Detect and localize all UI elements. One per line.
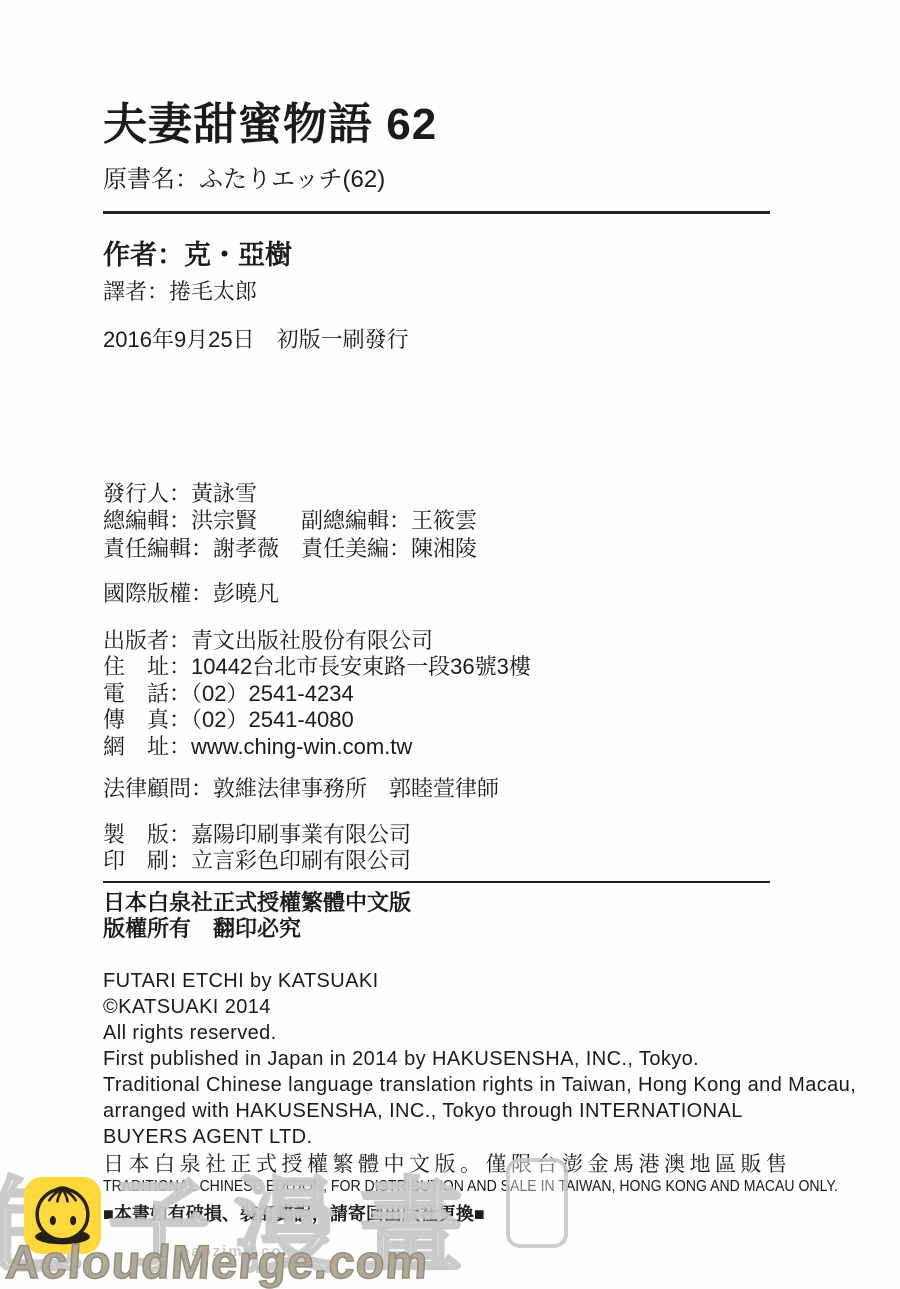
english-copyright-line: ©KATSUAKI 2014 bbox=[103, 994, 880, 1020]
international-rights-line: 國際版權：彭曉凡 bbox=[103, 580, 880, 608]
watermark-outline-box bbox=[506, 1158, 568, 1248]
book-title: 夫妻甜蜜物語 62 bbox=[103, 100, 880, 151]
english-rights-line: All rights reserved. bbox=[103, 1020, 880, 1046]
watermark-site-text: AcloudMerge.com bbox=[4, 1234, 430, 1289]
publisher-website-line: 網 址：www.ching-win.com.tw bbox=[103, 734, 880, 761]
publisher-phone-line: 電 話：（02）2541-4234 bbox=[103, 681, 880, 708]
authorized-edition-line: 日本白泉社正式授權繁體中文版 bbox=[103, 890, 880, 916]
english-title-line: FUTARI ETCHI by KATSUAKI bbox=[103, 968, 880, 994]
english-copyright-block: FUTARI ETCHI by KATSUAKI ©KATSUAKI 2014 … bbox=[103, 968, 880, 1150]
license-block: 日本白泉社正式授權繁體中文版 版權所有 翻印必究 bbox=[103, 890, 880, 942]
colophon-content: 夫妻甜蜜物語 62 原書名：ふたりエッチ(62) 作者：克・亞樹 譯者：捲毛太郎… bbox=[0, 0, 900, 1225]
english-translation-rights-line: Traditional Chinese language translation… bbox=[103, 1072, 880, 1098]
divider-middle bbox=[103, 881, 770, 883]
publisher-block: 出版者：青文出版社股份有限公司 住 址：10442台北市長安東路一段36號3樓 … bbox=[103, 628, 880, 761]
publisher-name-line: 出版者：青文出版社股份有限公司 bbox=[103, 628, 880, 655]
printing-line: 印 刷：立言彩色印刷有限公司 bbox=[103, 848, 880, 874]
editors-line: 責任編輯：謝孝薇 責任美編：陳湘陵 bbox=[103, 535, 880, 563]
divider-top bbox=[103, 211, 770, 214]
legal-advisor-line: 法律顧問：敦維法律事務所 郭睦萱律師 bbox=[103, 776, 880, 802]
plate-making-line: 製 版：嘉陽印刷事業有限公司 bbox=[103, 822, 880, 848]
publisher-address-line: 住 址：10442台北市長安東路一段36號3樓 bbox=[103, 654, 880, 681]
english-arranged-line: arranged with HAKUSENSHA, INC., Tokyo th… bbox=[103, 1098, 880, 1124]
original-title: 原書名：ふたりエッチ(62) bbox=[103, 165, 880, 195]
author-line: 作者：克・亞樹 bbox=[103, 239, 880, 271]
publisher-person-line: 發行人：黃詠雪 bbox=[103, 480, 880, 508]
copyright-reserved-line: 版權所有 翻印必究 bbox=[103, 916, 880, 942]
publisher-fax-line: 傳 真：（02）2541-4080 bbox=[103, 707, 880, 734]
translator-line: 譯者：捲毛太郎 bbox=[103, 278, 880, 305]
colophon-page: 夫妻甜蜜物語 62 原書名：ふたりエッチ(62) 作者：克・亞樹 譯者：捲毛太郎… bbox=[0, 0, 900, 1289]
edition-date-line: 2016年9月25日 初版一刷發行 bbox=[103, 326, 880, 353]
english-first-published-line: First published in Japan in 2014 by HAKU… bbox=[103, 1046, 880, 1072]
staff-block: 發行人：黃詠雪 總編輯：洪宗賢 副總編輯：王筱雲 責任編輯：謝孝薇 責任美編：陳… bbox=[103, 480, 880, 563]
chief-editors-line: 總編輯：洪宗賢 副總編輯：王筱雲 bbox=[103, 507, 880, 535]
printing-block: 製 版：嘉陽印刷事業有限公司 印 刷：立言彩色印刷有限公司 bbox=[103, 822, 880, 874]
